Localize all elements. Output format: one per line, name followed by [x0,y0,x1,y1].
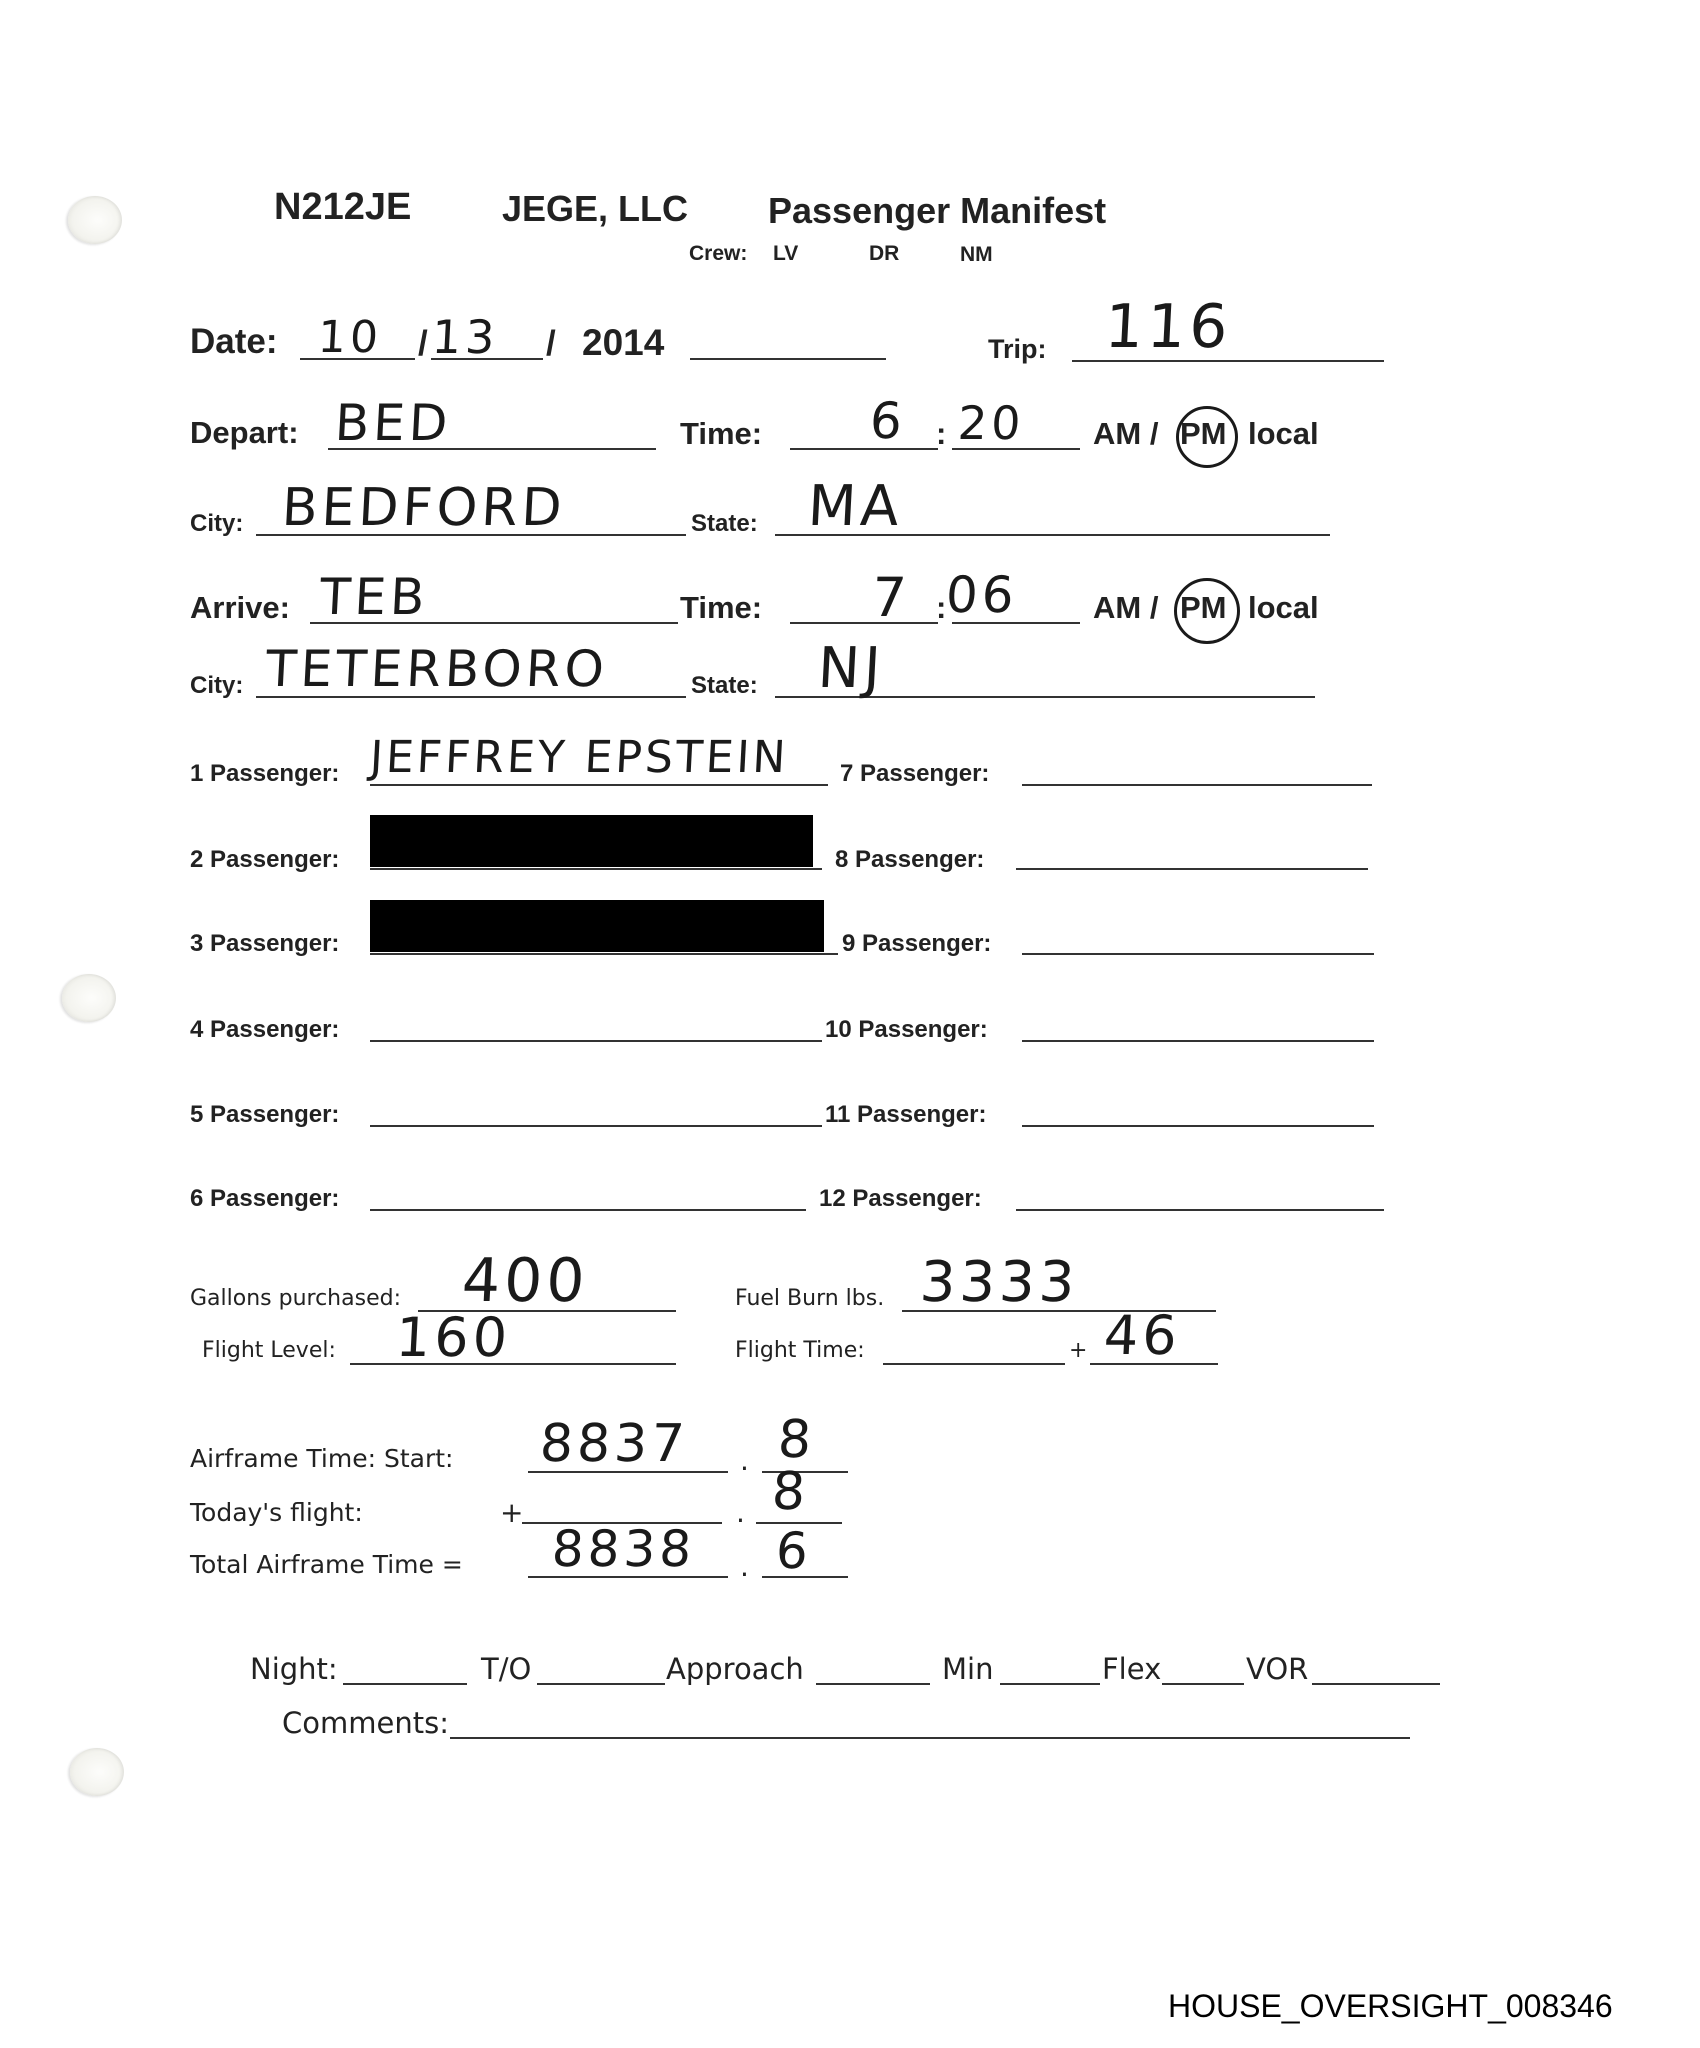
total-airframe-dot: . [740,1550,749,1583]
flight-level-label: Flight Level: [202,1338,336,1363]
flight-time-minutes-value: 46 [1102,1304,1182,1367]
punch-hole-bottom [70,1748,124,1796]
passenger-3-field[interactable] [370,953,838,955]
passenger-1-name: JEFFREY EPSTEIN [369,732,790,783]
date-separator-2: / [546,324,556,364]
depart-label: Depart: [190,415,299,451]
depart-city-value: BEDFORD [280,478,567,538]
arrive-city-value: TETERBORO [264,640,609,698]
passenger-11-label: 11 Passenger: [825,1101,986,1129]
arrive-hour-value: 7 [870,566,912,629]
date-month-value: 10 [317,312,384,363]
bates-number: HOUSE_OVERSIGHT_008346 [1168,1988,1613,2025]
tail-number: N212JE [274,186,411,229]
arrive-pm-selected-circle [1174,578,1240,644]
flight-time-plus: + [1069,1338,1087,1363]
total-airframe-whole-value: 8838 [550,1520,696,1578]
depart-am-option[interactable]: AM / [1093,416,1158,452]
passenger-12-field[interactable] [1016,1209,1384,1211]
depart-state-value: MA [806,474,904,539]
takeoff-label: T/O [481,1652,531,1686]
passenger-2-label: 2 Passenger: [190,846,339,874]
night-field[interactable] [343,1683,467,1685]
depart-minute-value: 20 [957,396,1026,450]
depart-city-label: City: [190,510,243,538]
depart-pm-selected-circle [1176,406,1238,468]
arrive-state-value: NJ [816,636,886,701]
arrive-hour-field[interactable] [790,622,938,624]
date-separator-1: / [418,324,428,364]
depart-state-label: State: [691,510,758,538]
passenger-1-field[interactable] [370,784,828,786]
todays-flight-dot: . [736,1496,745,1529]
trip-label: Trip: [988,334,1047,365]
depart-hour-field[interactable] [790,448,938,450]
arrive-city-label: City: [190,672,243,700]
depart-time-colon: : [936,416,946,452]
company-name: JEGE, LLC [502,188,688,230]
passenger-6-field[interactable] [370,1209,806,1211]
arrive-minute-value: 06 [944,566,1019,624]
trip-value: 116 [1103,292,1233,362]
arrive-state-label: State: [691,672,758,700]
punch-hole-top [68,196,122,244]
depart-local-label: local [1248,416,1319,452]
date-year: 2014 [582,322,664,364]
depart-time-label: Time: [680,416,762,452]
total-airframe-label: Total Airframe Time = [190,1550,463,1579]
todays-flight-tenths-value: 8 [770,1462,810,1522]
vor-label: VOR [1246,1652,1308,1686]
page-title: Passenger Manifest [768,190,1106,232]
crew-label: Crew: [689,242,747,266]
passenger-5-label: 5 Passenger: [190,1101,339,1129]
passenger-9-label: 9 Passenger: [842,930,991,958]
vor-field[interactable] [1312,1683,1440,1685]
passenger-2-field[interactable] [370,868,822,870]
date-extra-field[interactable] [690,358,886,360]
passenger-3-label: 3 Passenger: [190,930,339,958]
passenger-2-redaction [370,815,813,867]
passenger-11-field[interactable] [1022,1125,1374,1127]
comments-field[interactable] [450,1737,1410,1739]
date-label: Date: [190,322,278,362]
airframe-start-label: Airframe Time: Start: [190,1444,453,1473]
fuel-burn-label: Fuel Burn lbs. [735,1286,884,1311]
depart-airport-value: BED [333,394,452,452]
passenger-9-field[interactable] [1022,953,1374,955]
arrive-local-label: local [1248,590,1319,626]
approach-label: Approach [666,1652,804,1686]
airframe-start-whole-value: 8837 [538,1414,689,1474]
arrive-am-option[interactable]: AM / [1093,590,1158,626]
passenger-8-field[interactable] [1016,868,1368,870]
flight-time-hours-field[interactable] [883,1363,1065,1365]
passenger-6-label: 6 Passenger: [190,1185,339,1213]
passenger-1-label: 1 Passenger: [190,760,339,788]
depart-hour-value: 6 [868,392,907,450]
night-label: Night: [250,1652,338,1686]
airframe-start-dot: . [740,1444,749,1477]
flex-label: Flex [1102,1652,1161,1686]
crew-member-3: NM [960,243,993,267]
passenger-4-field[interactable] [370,1040,822,1042]
comments-label: Comments: [282,1706,449,1740]
todays-flight-label: Today's flight: [190,1498,363,1527]
min-field[interactable] [1000,1683,1100,1685]
passenger-4-label: 4 Passenger: [190,1016,339,1044]
crew-member-1: LV [773,242,798,266]
date-day-value: 13 [431,310,500,364]
approach-field[interactable] [816,1683,930,1685]
fuel-burn-value: 3333 [918,1250,1080,1315]
passenger-10-label: 10 Passenger: [825,1016,988,1044]
arrive-label: Arrive: [190,590,290,626]
passenger-10-field[interactable] [1022,1040,1374,1042]
crew-member-2: DR [869,242,899,266]
passenger-12-label: 12 Passenger: [819,1185,982,1213]
passenger-3-redaction [370,900,824,952]
takeoff-field[interactable] [537,1683,665,1685]
passenger-5-field[interactable] [370,1125,822,1127]
total-airframe-tenths-value: 6 [774,1522,813,1580]
passenger-7-field[interactable] [1022,784,1372,786]
arrive-airport-value: TEB [318,568,429,626]
airframe-start-tenths-value: 8 [776,1410,816,1470]
todays-flight-plus: + [500,1496,523,1529]
arrive-time-label: Time: [680,590,762,626]
flight-time-label: Flight Time: [735,1338,865,1363]
min-label: Min [942,1652,993,1686]
passenger-8-label: 8 Passenger: [835,846,984,874]
gallons-label: Gallons purchased: [190,1286,401,1311]
flex-field[interactable] [1162,1683,1244,1685]
punch-hole-middle [62,974,116,1022]
flight-level-value: 160 [394,1306,512,1369]
passenger-7-label: 7 Passenger: [840,760,989,788]
